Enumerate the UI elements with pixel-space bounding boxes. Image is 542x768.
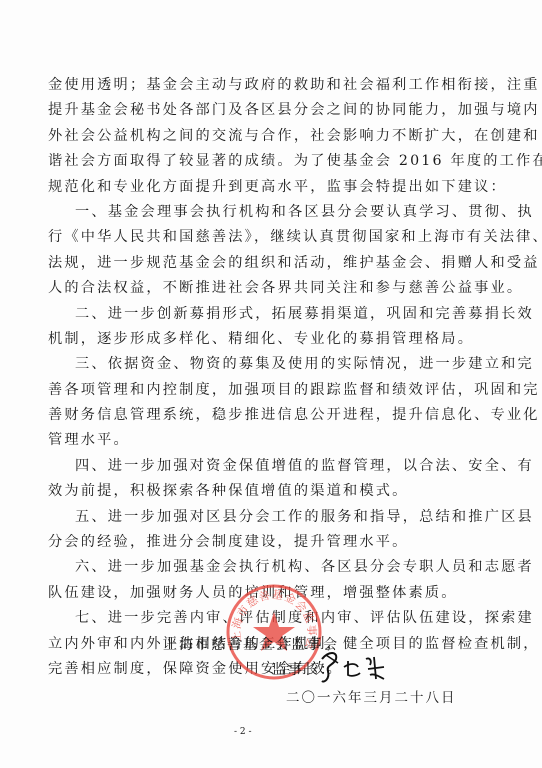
handwritten-signature-icon: [318, 645, 388, 685]
organization-name: 上海市慈善基金会监事会: [163, 634, 339, 654]
text-line: 效为前提，积极探索各种保值增值的渠道和模式。: [48, 479, 438, 504]
text-line: 善财务信息管理系统，稳步推进信息公开进程，提升信息化、专业化: [48, 403, 438, 428]
text-line: 法规，进一步规范基金会的组织和活动，维护基金会、捐赠人和受益: [48, 251, 438, 276]
document-page: 金使用透明；基金会主动与政府的救助和社会福利工作相衔接，注重 提升基金会秘书处各…: [0, 0, 542, 768]
text-line: 外社会公益机构之间的交流与合作，社会影响力不断扩大，在创建和: [48, 124, 438, 149]
text-line: 行《中华人民共和国慈善法》，继续认真贯彻国家和上海市有关法律、: [48, 225, 438, 250]
paragraph-2-start: 二、进一步创新募捐形式，拓展募捐渠道，巩固和完善募捐长效: [48, 302, 438, 327]
text-line: 提升基金会秘书处各部门及各区县分会之间的协同能力，加强与境内: [48, 98, 438, 123]
paragraph-1-start: 一、基金会理事会执行机构和各区县分会要认真学习、贯彻、执: [48, 200, 438, 225]
paragraph-4-start: 四、进一步加强对资金保值增值的监督管理，以合法、安全、有: [48, 454, 438, 479]
paragraph-6-start: 六、进一步加强基金会执行机构、各区县分会专职人员和志愿者: [48, 555, 438, 580]
text-line: 谐社会方面取得了较显著的成绩。为了使基金会 2016 年度的工作在: [48, 149, 438, 174]
text-line: 善各项管理和内控制度，加强项目的跟踪监督和绩效评估，巩固和完: [48, 378, 438, 403]
text-line: 分会的经验，推进分会制度建设，提升管理水平。: [48, 530, 438, 555]
text-line: 规范化和专业化方面提升到更高水平，监事会特提出如下建议：: [48, 175, 438, 200]
text-line: 金使用透明；基金会主动与政府的救助和社会福利工作相衔接，注重: [48, 73, 438, 98]
page-number: - 2 -: [234, 727, 252, 737]
document-date: 二〇一六年三月二十八日: [286, 686, 457, 706]
paragraph-3-start: 三、依据资金、物资的募集及使用的实际情况，进一步建立和完: [48, 352, 438, 377]
paragraph-5-start: 五、进一步加强对区县分会工作的服务和指导，总结和推广区县: [48, 505, 438, 530]
text-line: 人的合法权益，不断推进社会各界共同关注和参与慈善公益事业。: [48, 276, 438, 301]
text-line: 机制，逐步形成多样化、精细化、专业化的募捐管理格局。: [48, 327, 438, 352]
text-line: 管理水平。: [48, 428, 438, 453]
